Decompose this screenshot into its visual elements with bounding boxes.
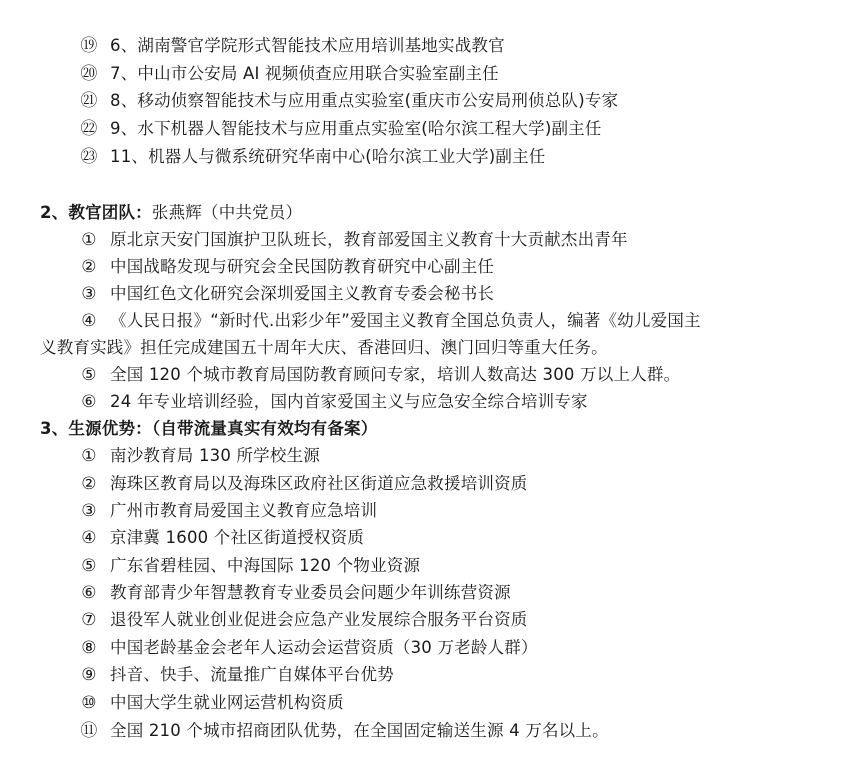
list-item-text: 11、机器人与微系统研究华南中心(哈尔滨工业大学)副主任 bbox=[110, 147, 545, 166]
list-item-text: 7、中山市公安局 AI 视频侦查应用联合实验室副主任 bbox=[110, 64, 499, 83]
list-marker: ⑲ bbox=[78, 37, 100, 55]
list-item: ③中国红色文化研究会深圳爱国主义教育专委会秘书长 bbox=[78, 283, 494, 305]
list-item-text: 义教育实践》担任完成建国五十周年大庆、香港回归、澳门回归等重大任务。 bbox=[40, 338, 608, 357]
list-item: ㉒9、水下机器人智能技术与应用重点实验室(哈尔滨工程大学)副主任 bbox=[78, 118, 602, 140]
list-item-text: 京津冀 1600 个社区街道授权资质 bbox=[110, 528, 364, 547]
list-marker: ③ bbox=[78, 285, 100, 303]
list-marker: ③ bbox=[78, 502, 100, 520]
list-item-text: 退役军人就业创业促进会应急产业发展综合服务平台资质 bbox=[110, 610, 528, 629]
list-item-text: 6、湖南警官学院形式智能技术应用培训基地实战教官 bbox=[110, 36, 505, 55]
list-item-text: 《人民日报》“新时代.出彩少年”爱国主义教育全国总负责人，编著《幼儿爱国主 bbox=[110, 311, 701, 330]
list-item-text: 全国 120 个城市教育局国防教育顾问专家，培训人数高达 300 万以上人群。 bbox=[110, 365, 680, 384]
list-item: ㉑8、移动侦察智能技术与应用重点实验室(重庆市公安局刑侦总队)专家 bbox=[78, 90, 618, 112]
list-marker: ① bbox=[78, 231, 100, 249]
list-marker: ⑥ bbox=[78, 584, 100, 602]
list-item: ③广州市教育局爱国主义教育应急培训 bbox=[78, 500, 377, 522]
list-item-text: 中国战略发现与研究会全民国防教育研究中心副主任 bbox=[110, 257, 494, 276]
list-marker: ⑩ bbox=[78, 694, 100, 712]
list-marker: ⑤ bbox=[78, 366, 100, 384]
list-item: ④京津冀 1600 个社区街道授权资质 bbox=[78, 527, 364, 549]
list-item: ①南沙教育局 130 所学校生源 bbox=[78, 445, 320, 467]
list-item: ④《人民日报》“新时代.出彩少年”爱国主义教育全国总负责人，编著《幼儿爱国主 bbox=[78, 310, 701, 332]
list-item-text: 南沙教育局 130 所学校生源 bbox=[110, 446, 320, 465]
list-item: ⑤全国 120 个城市教育局国防教育顾问专家，培训人数高达 300 万以上人群。 bbox=[78, 364, 680, 386]
list-marker: ㉒ bbox=[78, 120, 100, 138]
list-item-text: 中国大学生就业网运营机构资质 bbox=[110, 693, 344, 712]
list-marker: ② bbox=[78, 475, 100, 493]
list-item: ②中国战略发现与研究会全民国防教育研究中心副主任 bbox=[78, 256, 494, 278]
list-item: ⑥教育部青少年智慧教育专业委员会问题少年训练营资源 bbox=[78, 582, 511, 604]
list-item-text: 9、水下机器人智能技术与应用重点实验室(哈尔滨工程大学)副主任 bbox=[110, 119, 602, 138]
list-item: ⑧中国老龄基金会老年人运动会运营资质（30 万老龄人群） bbox=[78, 637, 538, 659]
list-item: ⑨抖音、快手、流量推广自媒体平台优势 bbox=[78, 664, 394, 686]
list-marker: ⑨ bbox=[78, 666, 100, 684]
list-marker: ⑧ bbox=[78, 639, 100, 657]
list-marker: ② bbox=[78, 258, 100, 276]
list-item: ⑥24 年专业培训经验，国内首家爱国主义与应急安全综合培训专家 bbox=[78, 391, 588, 413]
list-marker: ⑦ bbox=[78, 611, 100, 629]
section-heading-sources: 3、生源优势：（自带流量真实有效均有备案） bbox=[40, 418, 377, 440]
list-item: ②海珠区教育局以及海珠区政府社区街道应急救援培训资质 bbox=[78, 473, 528, 495]
list-marker: ④ bbox=[78, 312, 100, 330]
list-item: ⑪全国 210 个城市招商团队优势，在全国固定输送生源 4 万名以上。 bbox=[78, 720, 609, 742]
list-marker: ⑥ bbox=[78, 393, 100, 411]
list-item: ⑦退役军人就业创业促进会应急产业发展综合服务平台资质 bbox=[78, 609, 528, 631]
list-item: ①原北京天安门国旗护卫队班长，教育部爱国主义教育十大贡献杰出青年 bbox=[78, 229, 628, 251]
list-marker: ㉓ bbox=[78, 148, 100, 166]
list-item: ⑳7、中山市公安局 AI 视频侦查应用联合实验室副主任 bbox=[78, 63, 499, 85]
list-item-text: 中国红色文化研究会深圳爱国主义教育专委会秘书长 bbox=[110, 284, 494, 303]
list-marker: ① bbox=[78, 447, 100, 465]
list-item-text: 全国 210 个城市招商团队优势，在全国固定输送生源 4 万名以上。 bbox=[110, 721, 609, 740]
list-item-text: 广东省碧桂园、中海国际 120 个物业资源 bbox=[110, 556, 420, 575]
list-item: ⑲6、湖南警官学院形式智能技术应用培训基地实战教官 bbox=[78, 35, 505, 57]
heading-label: 3、生源优势：（自带流量真实有效均有备案） bbox=[40, 419, 377, 438]
heading-label: 2、教官团队： bbox=[40, 203, 152, 222]
list-item-text: 广州市教育局爱国主义教育应急培训 bbox=[110, 501, 377, 520]
list-marker: ⑳ bbox=[78, 65, 100, 83]
list-item-text: 抖音、快手、流量推广自媒体平台优势 bbox=[110, 665, 394, 684]
list-marker: ⑤ bbox=[78, 557, 100, 575]
list-item: ⑤广东省碧桂园、中海国际 120 个物业资源 bbox=[78, 555, 420, 577]
list-item-text: 8、移动侦察智能技术与应用重点实验室(重庆市公安局刑侦总队)专家 bbox=[110, 91, 618, 110]
list-item-continuation: 义教育实践》担任完成建国五十周年大庆、香港回归、澳门回归等重大任务。 bbox=[40, 337, 608, 359]
list-item-text: 24 年专业培训经验，国内首家爱国主义与应急安全综合培训专家 bbox=[110, 392, 588, 411]
list-item-text: 中国老龄基金会老年人运动会运营资质（30 万老龄人群） bbox=[110, 638, 538, 657]
list-item: ㉓11、机器人与微系统研究华南中心(哈尔滨工业大学)副主任 bbox=[78, 146, 545, 168]
section-heading-team: 2、教官团队：张燕辉（中共党员） bbox=[40, 202, 302, 224]
heading-name: 张燕辉（中共党员） bbox=[152, 203, 302, 222]
list-item-text: 原北京天安门国旗护卫队班长，教育部爱国主义教育十大贡献杰出青年 bbox=[110, 230, 628, 249]
list-item-text: 教育部青少年智慧教育专业委员会问题少年训练营资源 bbox=[110, 583, 511, 602]
list-marker: ⑪ bbox=[78, 722, 100, 740]
list-item-text: 海珠区教育局以及海珠区政府社区街道应急救援培训资质 bbox=[110, 474, 528, 493]
list-item: ⑩中国大学生就业网运营机构资质 bbox=[78, 692, 344, 714]
list-marker: ④ bbox=[78, 529, 100, 547]
list-marker: ㉑ bbox=[78, 92, 100, 110]
